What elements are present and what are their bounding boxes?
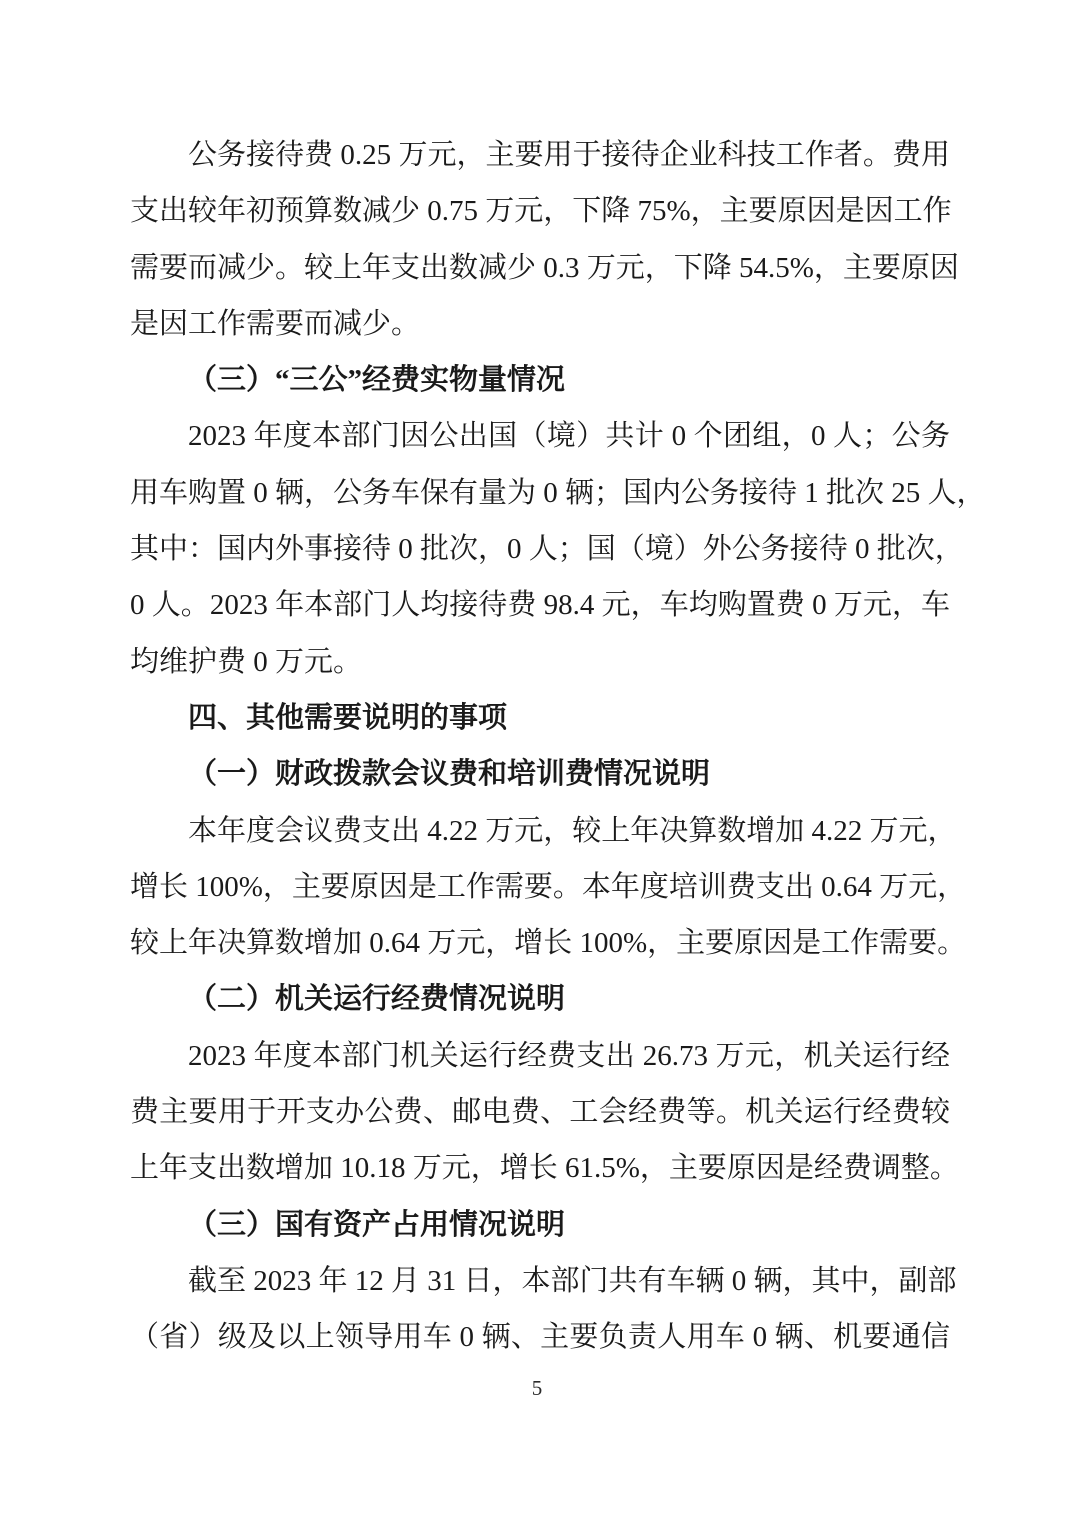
text-line: 是因工作需要而减少。 [130,296,950,352]
paragraph-agency-operating-funds-detail: 2023 年度本部门机关运行经费支出 26.73 万元，机关运行经 费主要用于开… [130,1028,950,1197]
text-line: 用车购置 0 辆，公务车保有量为 0 辆；国内公务接待 1 批次 25 人， [130,465,950,521]
text-line: （省）级及以上领导用车 0 辆、主要负责人用车 0 辆、机要通信 [130,1309,950,1365]
text-line: 截至 2023 年 12 月 31 日，本部门共有车辆 0 辆，其中，副部 [130,1253,950,1309]
text-line: 增长 100%，主要原因是工作需要。本年度培训费支出 0.64 万元， [130,859,950,915]
paragraph-state-owned-assets-detail: 截至 2023 年 12 月 31 日，本部门共有车辆 0 辆，其中，副部 （省… [130,1253,950,1366]
text-line: 0 人。2023 年本部门人均接待费 98.4 元，车均购置费 0 万元，车 [130,577,950,633]
text-line: 2023 年度本部门机关运行经费支出 26.73 万元，机关运行经 [130,1028,950,1084]
document-page: 公务接待费 0.25 万元，主要用于接待企业科技工作者。费用 支出较年初预算数减… [0,0,1074,1520]
text-line: 上年支出数增加 10.18 万元，增长 61.5%，主要原因是经费调整。 [130,1140,950,1196]
text-line: 2023 年度本部门因公出国（境）共计 0 个团组，0 人；公务 [130,408,950,464]
chapter-heading-other-matters: 四、其他需要说明的事项 [130,690,950,746]
paragraph-official-reception-expense: 公务接待费 0.25 万元，主要用于接待企业科技工作者。费用 支出较年初预算数减… [130,127,950,352]
text-line: 均维护费 0 万元。 [130,634,950,690]
section-heading-three-public-expenses-physical: （三）“三公”经费实物量情况 [130,352,950,408]
paragraph-three-public-expenses-detail: 2023 年度本部门因公出国（境）共计 0 个团组，0 人；公务 用车购置 0 … [130,408,950,689]
text-line: 公务接待费 0.25 万元，主要用于接待企业科技工作者。费用 [130,127,950,183]
section-heading-meeting-training-fees: （一）财政拨款会议费和培训费情况说明 [130,746,950,802]
document-body: 公务接待费 0.25 万元，主要用于接待企业科技工作者。费用 支出较年初预算数减… [130,127,950,1366]
page-number: 5 [0,1372,1074,1404]
text-line: 费主要用于开支办公费、邮电费、工会经费等。机关运行经费较 [130,1084,950,1140]
text-line: 较上年决算数增加 0.64 万元，增长 100%，主要原因是工作需要。 [130,915,950,971]
section-heading-state-owned-assets: （三）国有资产占用情况说明 [130,1197,950,1253]
text-line: 需要而减少。较上年支出数减少 0.3 万元，下降 54.5%，主要原因 [130,240,950,296]
text-line: 本年度会议费支出 4.22 万元，较上年决算数增加 4.22 万元， [130,803,950,859]
paragraph-meeting-training-fees-detail: 本年度会议费支出 4.22 万元，较上年决算数增加 4.22 万元， 增长 10… [130,803,950,972]
text-line: 支出较年初预算数减少 0.75 万元，下降 75%，主要原因是因工作 [130,183,950,239]
section-heading-agency-operating-funds: （二）机关运行经费情况说明 [130,971,950,1027]
text-line: 其中：国内外事接待 0 批次，0 人；国（境）外公务接待 0 批次， [130,521,950,577]
